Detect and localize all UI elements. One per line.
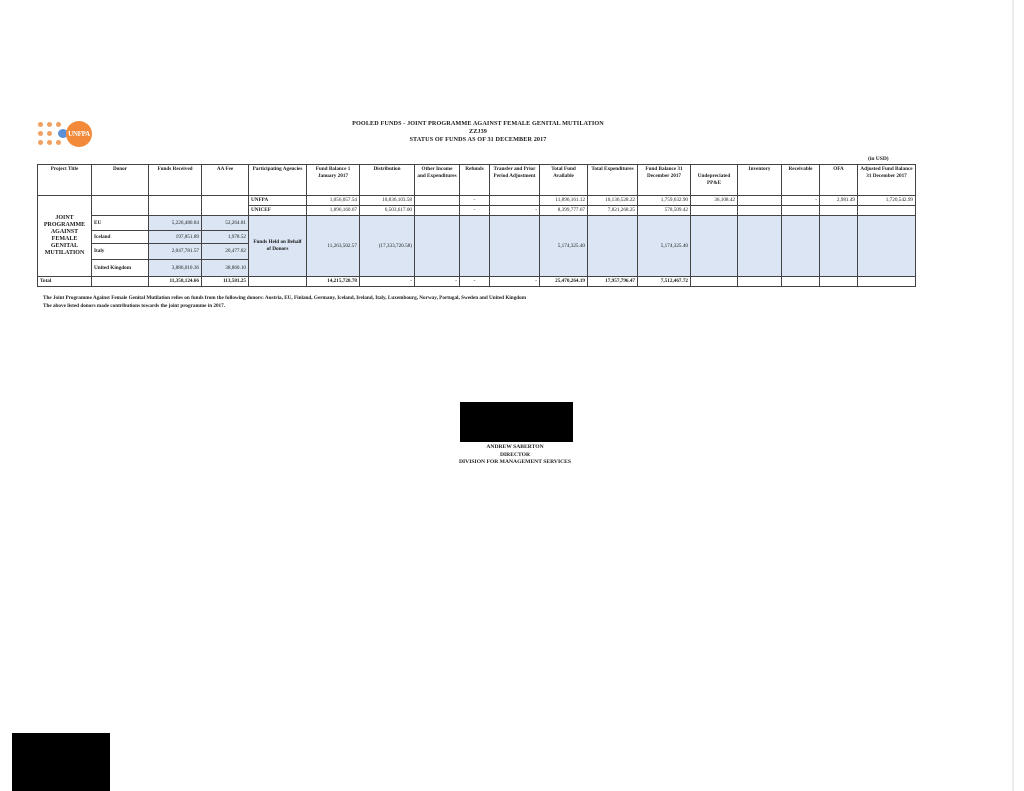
column-header: Receivable	[782, 165, 820, 196]
total-transfer: -	[490, 277, 540, 287]
column-header: Undepreciated PP&E	[691, 165, 738, 196]
funds-held-ofa	[820, 216, 858, 277]
total-aa-fee: 113,581.25	[202, 277, 249, 287]
column-header: Participating Agencies	[249, 165, 307, 196]
inventory	[738, 196, 782, 206]
total-funds-received: 11,358,124.66	[149, 277, 202, 287]
total-available: 8,399,777.67	[540, 206, 588, 216]
fund-balance-jan: 1,056,057.54	[307, 196, 360, 206]
logo-dot	[56, 122, 61, 127]
logo-wordmark: UNFPA	[66, 121, 92, 147]
funds-received: 3,886,010.36	[149, 260, 202, 277]
funds-held-adjusted	[858, 216, 916, 277]
unfpa-logo: UNFPA	[38, 120, 102, 148]
funds-held-balance-jan: 11,263,502.57	[307, 216, 360, 277]
column-header: Refunds	[460, 165, 490, 196]
total-label: Total	[38, 277, 92, 287]
table-header-row: Project Title Donor Funds Received AA Fe…	[38, 165, 916, 196]
scan-edge-line	[1012, 0, 1014, 791]
total-ppe-empty	[691, 277, 738, 287]
column-header: Distribution	[360, 165, 415, 196]
document-title: POOLED FUNDS - JOINT PROGRAMME AGAINST F…	[300, 120, 656, 144]
agency-name: UNICEF	[249, 206, 307, 216]
funds-held-refunds	[460, 216, 490, 277]
column-header: AA Fee	[202, 165, 249, 196]
total-expenditures: 10,136,528.22	[588, 196, 638, 206]
funds-held-receivable	[782, 216, 820, 277]
total-inventory-empty	[738, 277, 782, 287]
column-header: Funds Received	[149, 165, 202, 196]
total-refunds: -	[460, 277, 490, 287]
other-income	[415, 196, 460, 206]
funds-received: 5,226,480.84	[149, 216, 202, 231]
column-header: Fund Balance 31 December 2017	[638, 165, 691, 196]
total-expenditures: 7,821,268.25	[588, 206, 638, 216]
donor-name: EU	[92, 216, 149, 231]
column-header: Total Expenditures	[588, 165, 638, 196]
column-header: Other Income and Expenditures	[415, 165, 460, 196]
adjusted-balance: 1,720,542.99	[858, 196, 916, 206]
aa-fee: 1,978.52	[202, 231, 249, 244]
logo-dot	[47, 122, 52, 127]
column-header: Transfer and Prior Period Adjustment	[490, 165, 540, 196]
signatory-division: DIVISION FOR MANAGEMENT SERVICES	[420, 459, 610, 467]
aa-fee: 20,477.82	[202, 244, 249, 260]
funds-held-label: Funds Held on Behalf of Donors	[249, 216, 307, 277]
table-row-total: Total 11,358,124.66 113,581.25 14,215,72…	[38, 277, 916, 287]
donor-name: Italy	[92, 244, 149, 260]
funds-held-distribution: (17,333,720.58)	[360, 216, 415, 277]
ofa: 2,981.49	[820, 196, 858, 206]
funds-held-balance-dec: 5,174,325.40	[638, 216, 691, 277]
total-donor-empty	[92, 277, 149, 287]
column-header: Inventory	[738, 165, 782, 196]
total-other-income: -	[415, 277, 460, 287]
total-distribution: -	[360, 277, 415, 287]
donor-name: Iceland	[92, 231, 149, 244]
refunds: -	[460, 196, 490, 206]
total-ofa-empty	[820, 277, 858, 287]
column-header: Total Fund Available	[540, 165, 588, 196]
total-available: 11,896,161.12	[540, 196, 588, 206]
distribution: 10,836,103.58	[360, 196, 415, 206]
logo-dot	[38, 140, 43, 145]
logo-dot	[47, 131, 52, 136]
logo-dot	[38, 122, 43, 127]
currency-note: (in USD)	[868, 156, 889, 162]
funds-held-other-income	[415, 216, 460, 277]
aa-fee-cell-empty	[202, 196, 249, 216]
column-header: Donor	[92, 165, 149, 196]
logo-dot	[38, 131, 43, 136]
total-adjusted-empty	[858, 277, 916, 287]
other-income	[415, 206, 460, 216]
funds-received-cell-empty	[149, 196, 202, 216]
fund-balance-dec: 578,509.42	[638, 206, 691, 216]
receivable: -	[782, 196, 820, 206]
inventory	[738, 206, 782, 216]
fund-balance-dec: 1,759,632.90	[638, 196, 691, 206]
redacted-signature	[460, 402, 573, 442]
funds-held-inventory	[738, 216, 782, 277]
column-header: OFA	[820, 165, 858, 196]
column-header: Adjusted Fund Balance 31 December 2017	[858, 165, 916, 196]
project-title-cell: JOINT PROGRAMME AGAINST FEMALE GENITAL M…	[38, 196, 92, 277]
footnote-donors: The Joint Programme Against Female Genit…	[43, 294, 526, 302]
table-row-donor-eu: EU 5,226,480.84 52,264.81 Funds Held on …	[38, 216, 916, 231]
ofa	[820, 206, 858, 216]
signatory-title: DIRECTOR	[420, 452, 610, 460]
logo-dot	[56, 140, 61, 145]
redacted-block	[12, 733, 110, 791]
footnote-contributions: The above listed donors made contributio…	[43, 302, 526, 310]
funds-received: 197,851.89	[149, 231, 202, 244]
funds-held-transfer	[490, 216, 540, 277]
refunds: -	[460, 206, 490, 216]
receivable	[782, 206, 820, 216]
total-agencies-empty	[249, 277, 307, 287]
total-fund-balance-dec: 7,512,467.72	[638, 277, 691, 287]
transfer	[490, 196, 540, 206]
total-receivable-empty	[782, 277, 820, 287]
title-line-1: POOLED FUNDS - JOINT PROGRAMME AGAINST F…	[300, 120, 656, 128]
undepreciated-ppe: 36,108.42	[691, 196, 738, 206]
status-of-funds-table: Project Title Donor Funds Received AA Fe…	[37, 164, 916, 287]
funds-received: 2,047,781.57	[149, 244, 202, 260]
funds-held-ppe	[691, 216, 738, 277]
undepreciated-ppe	[691, 206, 738, 216]
column-header: Project Title	[38, 165, 92, 196]
title-line-2: ZZJ39	[300, 128, 656, 136]
title-line-3: STATUS OF FUNDS AS OF 31 DECEMBER 2017	[300, 136, 656, 144]
agency-name: UNFPA	[249, 196, 307, 206]
donor-name: United Kingdom	[92, 260, 149, 277]
aa-fee: 52,264.81	[202, 216, 249, 231]
signature-block: ANDREW SABERTON DIRECTOR DIVISION FOR MA…	[420, 444, 610, 467]
signatory-name: ANDREW SABERTON	[420, 444, 610, 452]
fund-balance-jan: 1,896,160.67	[307, 206, 360, 216]
total-available: 25,470,264.19	[540, 277, 588, 287]
footnotes: The Joint Programme Against Female Genit…	[43, 294, 526, 310]
transfer: -	[490, 206, 540, 216]
aa-fee: 38,860.10	[202, 260, 249, 277]
total-fund-balance-jan: 14,215,720.78	[307, 277, 360, 287]
column-header: Fund Balance 1 January 2017	[307, 165, 360, 196]
funds-held-total-available: 5,174,325.40	[540, 216, 588, 277]
logo-dot	[47, 140, 52, 145]
table-row-unfpa: JOINT PROGRAMME AGAINST FEMALE GENITAL M…	[38, 196, 916, 206]
distribution: 6,503,617.00	[360, 206, 415, 216]
adjusted-balance	[858, 206, 916, 216]
donor-cell-empty	[92, 196, 149, 216]
total-expenditures: 17,957,796.47	[588, 277, 638, 287]
funds-held-total-expenditures	[588, 216, 638, 277]
